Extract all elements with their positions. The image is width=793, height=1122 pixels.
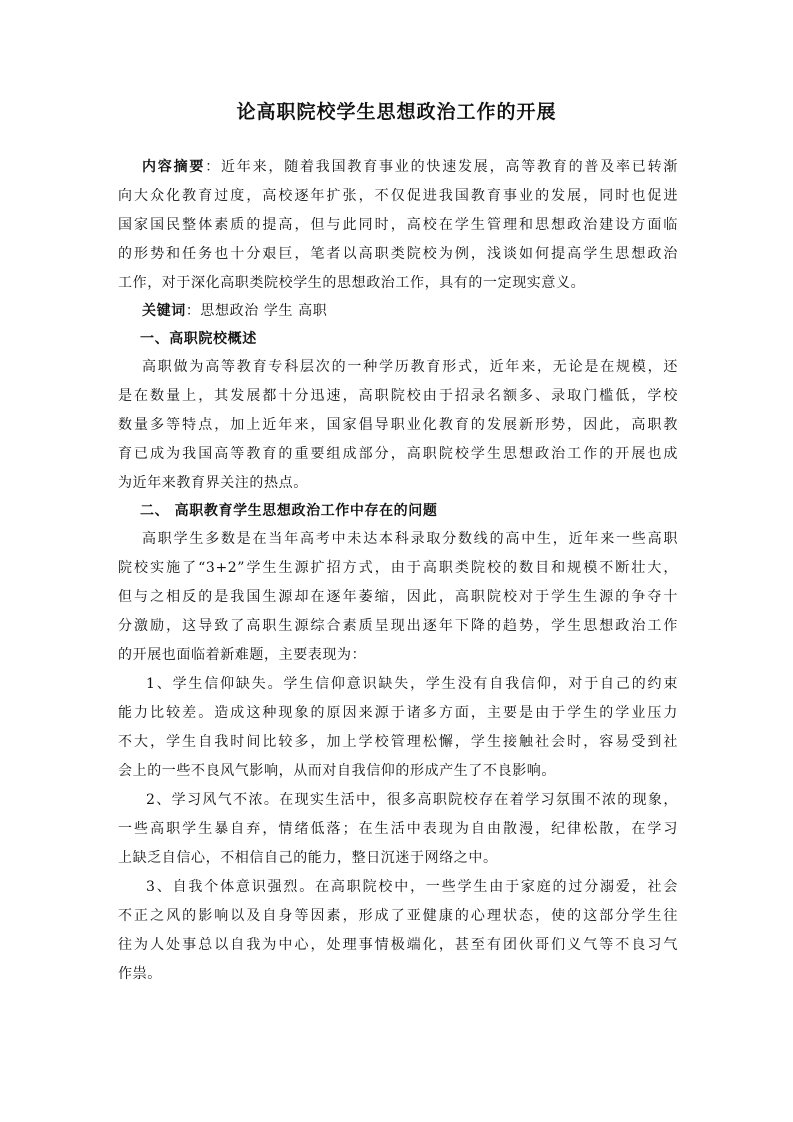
list-item-2-line: 上缺乏自信心，不相信自己的能力，整日沉迷于网络之中。	[118, 848, 678, 868]
abstract-line: 国家国民整体素质的提高，但与此同时，高校在学生管理和思想政治建设方面临	[118, 215, 678, 235]
list-item-1-line: 1、学生信仰缺失。学生信仰意识缺失，学生没有自我信仰，对于自己的约束	[118, 674, 678, 694]
abstract-label: 内容摘要	[142, 159, 205, 175]
list-item-3-line: 作祟。	[118, 964, 678, 984]
paragraph-line: 分激励，这导致了高职生源综合素质呈现出逐年下降的趋势，学生思想政治工作	[118, 616, 678, 636]
abstract-line: 内容摘要：近年来，随着我国教育事业的快速发展，高等教育的普及率已转渐	[118, 157, 678, 177]
paragraph-line: 数量多等特点，加上近年来，国家倡导职业化教育的发展新形势，因此，高职教	[118, 415, 678, 435]
paragraph-line: 的开展也面临着新难题，主要表现为：	[118, 645, 678, 665]
paragraph-line: 育已成为我国高等教育的重要组成部分，高职院校学生思想政治工作的开展也成	[118, 444, 678, 464]
list-item-1-line: 会上的一些不良风气影响，从而对自我信仰的形成产生了不良影响。	[118, 761, 678, 781]
paragraph-line: 院校实施了“3+2”学生生源扩招方式，由于高职类院校的数目和规模不断壮大，	[118, 558, 678, 578]
keywords-line: 关键词：思想政治 学生 高职	[118, 301, 702, 321]
list-item-3-line: 不正之风的影响以及自身等因素，形成了亚健康的心理状态，使的这部分学生往	[118, 906, 678, 926]
abstract-line: 向大众化教育过度，高校逐年扩张，不仅促进我国教育事业的发展，同时也促进	[118, 186, 678, 206]
list-item-3-line: 3、自我个体意识强烈。在高职院校中，一些学生由于家庭的过分溺爱，社会	[118, 877, 678, 897]
paragraph-line: 高职学生多数是在当年高考中未达本科录取分数线的高中生，近年来一些高职	[118, 529, 678, 549]
abstract-line: 的形势和任务也十分艰巨，笔者以高职类院校为例，浅谈如何提高学生思想政治	[118, 244, 678, 264]
section-heading-1: 一、高职院校概述	[118, 329, 700, 349]
paragraph-line: 高职做为高等教育专科层次的一种学历教育形式，近年来，无论是在规模，还	[118, 357, 678, 377]
keywords-label: 关键词	[142, 303, 186, 319]
list-item-3-line: 往为人处事总以自我为中心，处理事情极端化，甚至有团伙哥们义气等不良习气	[118, 935, 678, 955]
keywords-value: ：思想政治 学生 高职	[186, 303, 328, 319]
paragraph-line: 但与之相反的是我国生源却在逐年萎缩，因此，高职院校对于学生生源的争夺十	[118, 587, 678, 607]
list-item-2-line: 一些高职学生暴自弃，情绪低落；在生活中表现为自由散漫，纪律松散，在学习	[118, 819, 678, 839]
list-item-1-line: 能力比较差。造成这种现象的原因来源于诸多方面，主要是由于学生的学业压力	[118, 703, 678, 723]
abstract-line: 工作，对于深化高职类院校学生的思想政治工作，具有的一定现实意义。	[118, 273, 678, 293]
paragraph-line: 为近年来教育界关注的热点。	[118, 473, 678, 493]
paragraph-line: 是在数量上，其发展都十分迅速，高职院校由于招录名额多、录取门槛低，学校	[118, 386, 678, 406]
section-heading-2: 二、 高职教育学生思想政治工作中存在的问题	[118, 501, 700, 521]
document-title: 论高职院校学生思想政治工作的开展	[0, 97, 793, 124]
list-item-2-line: 2、学习风气不浓。在现实生活中，很多高职院校存在着学习氛围不浓的现象，	[118, 790, 678, 810]
list-item-1-line: 不大，学生自我时间比较多，加上学校管理松懈，学生接触社会时，容易受到社	[118, 732, 678, 752]
